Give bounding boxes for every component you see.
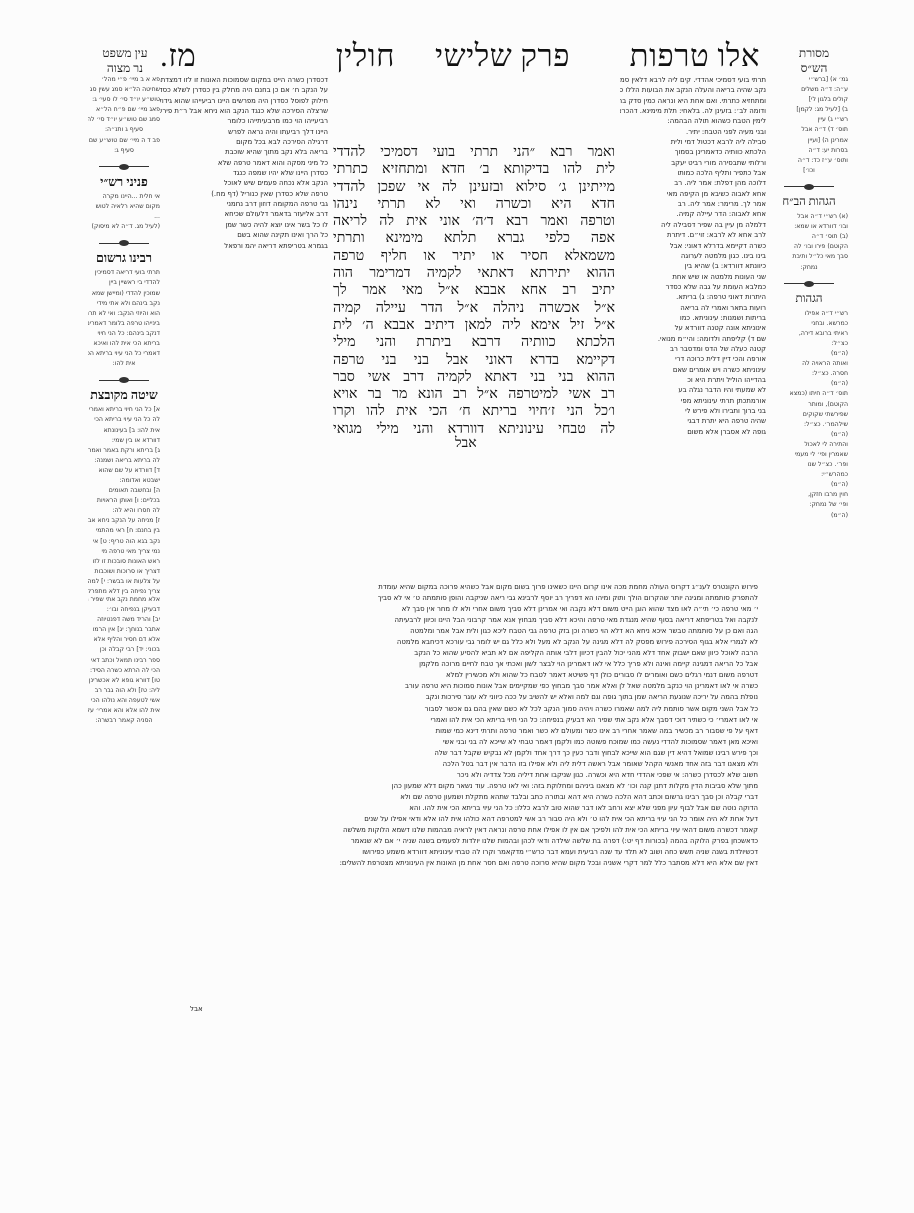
mesoret-line: בסרות יע: ד״ה bbox=[770, 146, 848, 156]
tractate-name: חולין bbox=[336, 38, 395, 74]
hagahot-bach-line: (א) רש״י ד״ה אבל bbox=[770, 212, 848, 222]
gemara-line: אפה כלפי גברא תלתא מימינא ותרתי bbox=[333, 230, 615, 247]
shita-line: נמי צריך מאי טרפה מי bbox=[88, 547, 160, 557]
gemara-line: א״ל אכשרה ניהלה א״ל הדר עיילה קמיה bbox=[333, 300, 615, 317]
rashi-line: בני ברוך ותבירו ולא פירש לי bbox=[620, 406, 766, 416]
shita-line: אית להו אלא והא אמרי׳ על bbox=[88, 706, 160, 716]
rabbeinu-gershom-line: בריתא הכי אית להו ואיכא bbox=[88, 339, 160, 349]
tosafot-line: בריאה בלא נקב מתוך שהיא שוכבת bbox=[160, 147, 328, 157]
hagahot-line: ראיתי ברובא דירה, bbox=[770, 329, 848, 339]
shita-line: ג] בריתא ורקת באמר ואמרי bbox=[88, 446, 160, 456]
shita-line: בכליים: ו] ואותן הראויות bbox=[88, 496, 160, 506]
pninei-rashi-line: ... bbox=[88, 212, 160, 222]
rashi-line: ומתחזיא כתרתי. ואם אחת היא ונראה כמין סד… bbox=[620, 96, 766, 106]
shita-line: ספר רבינו תמאל וכתב דאי bbox=[88, 656, 160, 666]
ein-mishpat-line: סמג שם טוש״ע יו״ד סי׳ לה bbox=[88, 115, 160, 125]
rashi-line: לימין הטבח כשהוא תולה הבהמה: bbox=[620, 116, 766, 126]
bottom-line: דטרפה משום דנמי רגלים כשם ואומרים לו סבו… bbox=[160, 670, 758, 681]
shita-line: בכוני: יד] רבי קבלה וכן bbox=[88, 645, 160, 655]
hagahot-line: והתירה לי לאכול bbox=[770, 440, 848, 450]
bottom-line: לא לגמרי אלא בגוף הסירכה פירוש מפסק לה ד… bbox=[160, 637, 758, 648]
bottom-line: להתפרק סותמתה ומגינה יותר שהקרום הולך ות… bbox=[160, 593, 758, 604]
rabbeinu-gershom-line: להדדי בי ראשיין ביין bbox=[88, 278, 160, 288]
tosafot-line: לו כל בשר אינו יוצא להיה כשר שמן bbox=[160, 220, 328, 230]
shita-line: ה] ובחשבה תאומים bbox=[88, 486, 160, 496]
hagahot-line: (ה״מ) bbox=[770, 480, 848, 490]
bottom-line: כדאשכחן בפרק הלוקה בהמה (בכורות דף יט:) … bbox=[160, 836, 758, 847]
rashi-line: אחא לאבוה כשיבא מן הקיפה מאי bbox=[620, 189, 766, 199]
shita-line: טו] דוורא גופא לא אכשרינן bbox=[88, 676, 160, 686]
rashi-line: אחא לאבוה: הדר עיילה קמיה. bbox=[620, 209, 766, 219]
shita-line: ישבטא ואדומה: bbox=[88, 476, 160, 486]
rashi-line: רועות בתאר ואמרי לה בריאה bbox=[620, 303, 766, 313]
bottom-line: כל אבל השני מקום אשר סותמת ליה למה שאמרו… bbox=[160, 704, 758, 715]
tosafot-commentary: דכסדרן כשרה הייט במקום שסמוכות האונות זו… bbox=[160, 75, 328, 440]
bottom-line: דאף על פי שסבור רב מכשיר במה שאמר אחרי ר… bbox=[160, 726, 758, 737]
hashas-title: הש״ס bbox=[778, 61, 850, 76]
rashi-line: לא שמעתי והיו הדבר נגלה בע bbox=[620, 385, 766, 395]
rashi-line: נקב שהיה בריאה והעלה הנקב את הבועות הללו… bbox=[620, 85, 766, 95]
rashi-line: שהיה טרפה היא יתרת דבגי bbox=[620, 416, 766, 426]
hagahot-line: (ה״מ) bbox=[770, 430, 848, 440]
bottom-line: פירוש הקונטרס לענ״ג דקרוס העולה מחמת מכה… bbox=[160, 582, 758, 593]
hagahot-line: תוס׳ ד״ה חיתו (כמצא bbox=[770, 389, 848, 399]
rashi-line: תרתי בועי דסמיכי אהדדי. קים ליה לרבא דלא… bbox=[620, 75, 766, 85]
shita-line: ד] דוורדא על שם שהוא bbox=[88, 466, 160, 476]
rabbeinu-gershom-line: שמוכין להדדי (ומיישן שמא bbox=[88, 289, 160, 299]
rashi-line: ובני מעיה לפני הטבח: יתיר. bbox=[620, 127, 766, 137]
chapter-name: אלו טרפות bbox=[630, 38, 760, 74]
rashi-line: דלמלה מן עיין בה שפיר דסבילה ליה bbox=[620, 220, 766, 230]
folio-number: מז. bbox=[160, 38, 196, 74]
ornament-divider bbox=[784, 183, 834, 191]
pninei-rashi-line: אי חלית ...היינו מקרה bbox=[88, 192, 160, 202]
bottom-line: י׳ מאי טרפה כי׳ תי״ה לאו מצד שהוא הוגן ה… bbox=[160, 604, 758, 615]
mesoret-line: ע״ה: ד״ה משלים bbox=[770, 85, 848, 95]
hagahot-line: כצ״ל: bbox=[770, 339, 848, 349]
ein-mishpat-line: פאג מיי׳ שם פ״ח הל״א bbox=[88, 105, 160, 115]
gemara-line: מייתינן ג׳ סילוא ובזעינן לה אי שפכן להדד… bbox=[333, 179, 615, 196]
hagahot-line: שאמרין ופי׳ לי מעמי bbox=[770, 450, 848, 460]
hagahot-bach-line: ובו׳ דוורדא או שמא: bbox=[770, 222, 848, 232]
bottom-line: קאמר דכשרה משום דהאי עיוי בריתא הכי אית … bbox=[160, 825, 758, 836]
shita-mekubetzet-title: שיטה מקובצת bbox=[88, 390, 160, 400]
shita-line: ליה: טז] ולא הוה גבר רב bbox=[88, 686, 160, 696]
gemara-line: יתיב רב אחא אבבא א״ל מאי אמר לך bbox=[333, 282, 615, 299]
rashi-line: עינוניתא כשרה ויש אומרים שאם bbox=[620, 365, 766, 375]
gemara-line: ו׳כל הני ז׳חיוי בריתא ח׳ הכי אית להו וקר… bbox=[333, 403, 615, 420]
shita-line: על צלעות או בבשר: י] למה bbox=[88, 577, 160, 587]
hagahot-title: הגהות bbox=[770, 294, 848, 304]
shita-line: דוורדא או בין שמי: bbox=[88, 436, 160, 446]
mesoret-line: קולים בלגון לי] bbox=[770, 95, 848, 105]
hagahot-line: רש״י ד״ה אפילו bbox=[770, 309, 848, 319]
shita-line: אשי לטעפה והא נולהו הכי bbox=[88, 696, 160, 706]
mesoret-line: תוס׳ ד) ד״ה אבל bbox=[770, 125, 848, 135]
gemara-line: משמאלא חסיר או יתיר או חליף טרפה bbox=[333, 248, 615, 265]
shita-line: אלא דם חסיר והליף אלא bbox=[88, 635, 160, 645]
rashi-line: בהדייהו הוליל ויתרת היא וכ bbox=[620, 375, 766, 385]
ein-mishpat-line: סעיף ג: bbox=[88, 146, 160, 156]
bottom-line: אי לאו דאמרי׳ כי כשתיר דוכי דסבך אלא נקב… bbox=[160, 715, 758, 726]
shita-line: לה בריתא בריאה ושמנה: bbox=[88, 456, 160, 466]
ein-mishpat-line: פא א ב מיי׳ פ״י מהל׳ bbox=[88, 75, 160, 85]
shita-line: הכי לה הרתא כשרה הסיד: bbox=[88, 666, 160, 676]
rabbeinu-gershom-line: נקב בינהם ולא אתי מידי bbox=[88, 299, 160, 309]
hagahot-bach-line: נמחק: bbox=[770, 263, 848, 273]
gemara-line: וטרפה ואמר רבא ד׳ה׳ אוני אית לה לריאה bbox=[333, 213, 615, 230]
hagahot-line: חוין מרבו חזקן, bbox=[770, 490, 848, 500]
gemara-line: דקיימא בדרא דאוני אבל בני בני טרפה bbox=[333, 352, 615, 369]
tosafot-line: כל הרך ואינו תקינה שהוא בשם bbox=[160, 230, 328, 240]
rashi-line: גופה לא אסברן אלא משום bbox=[620, 427, 766, 437]
tosafot-line: שרצלה הסירכה שלא כנגד הנקב הוא ניחא אבל … bbox=[160, 106, 328, 116]
bottom-line: הרבה לאוכל כיוון שאם ישבוק אחד דלא מהני … bbox=[160, 648, 758, 659]
gemara-main-text: ואמר רבא ״הני תרתי בועי דסמיכי להדדי לית… bbox=[333, 144, 615, 444]
left-margin-column-continued: אלא מחמת נקב אתי שפיר הא דבעיקן בנפיחה ו… bbox=[88, 595, 160, 725]
rashi-line: ודומה לב׳: בזעינן לה. בלאחי: תלת מימינא.… bbox=[620, 106, 766, 116]
left-margin-column: פא א ב מיי׳ פ״י מהל׳ שחיטה הל״א סמג עשין… bbox=[88, 75, 160, 595]
rashi-line: בינו בינו. כגון מלמטה לערוגה bbox=[620, 251, 766, 261]
pninei-rashi-title: פניני רש״י bbox=[88, 177, 160, 187]
bottom-line: מתוך שלא סביבות הדין מקלות דתנן קנה וכו׳… bbox=[160, 781, 758, 792]
gemara-line: חדא היא וכשרה ואי לא תרתי נינהו bbox=[333, 196, 615, 213]
hagahot-line: חסרה. כצ״ל: bbox=[770, 369, 848, 379]
rabbeinu-gershom-title: רבינו גרשום bbox=[88, 253, 160, 263]
mesoret-line: רש״י ג) עיין bbox=[770, 115, 848, 125]
shita-line: דצריך או סרוכות ושוכבות bbox=[88, 567, 160, 577]
shita-line: יב] והריד משה דפנטיוזה bbox=[88, 615, 160, 625]
hagahot-bach-line: הקוטם) פירו ובו׳ לה bbox=[770, 242, 848, 252]
shita-line: ראש האונות סובכות זו לזו bbox=[88, 557, 160, 567]
ner-mitzvah-title: נר מצוה bbox=[90, 61, 160, 76]
hagahot-line: ופי׳ של נמחק: bbox=[770, 500, 848, 510]
hagahot-line: שילהמר׳. כצ״ל: bbox=[770, 420, 848, 430]
shita-line: אית להו: ב] בעינונתא bbox=[88, 426, 160, 436]
tosafot-line: דכסדרן כשרה הייט במקום שסמוכות האונות זו… bbox=[160, 75, 328, 85]
gemara-line: הלכתא כוותיה דרבא ביתרת והני מילי bbox=[333, 334, 615, 351]
gemara-line: לית להו בדיקותא ב׳ חדא ומתחזיא כתרתי bbox=[333, 161, 615, 178]
bottom-line: כשרה אי לאו דאמרינן הוי כנקב מלמטה שאל ל… bbox=[160, 681, 758, 692]
right-margin-column: גמ׳ א) [ברש״י ע״ה: ד״ה משלים קולים בלגון… bbox=[770, 75, 848, 595]
bottom-catchword: אבל bbox=[190, 1005, 203, 1013]
tosafot-line: רביעייהו הוי כמו מרבעיתייהו כלומר bbox=[160, 116, 328, 126]
mesoret-line: וכו׳] bbox=[770, 166, 848, 176]
bottom-line: לנקבה ואל בטריפתא דריאה בסוף שהיא מנגדת … bbox=[160, 615, 758, 626]
rashi-line: כמלבא העומת על גבה שלא כסדר bbox=[620, 282, 766, 292]
bottom-line: הדוקה נוטה שם אבל לבוף עיון מפני שלא יצא… bbox=[160, 803, 758, 814]
rabbeinu-gershom-line: בינייהו טרפה בלומר דאמרינן bbox=[88, 319, 160, 329]
tosafot-line: היינו דלך רביעתו והיה נראה לפרש bbox=[160, 127, 328, 137]
hagahot-line: הקוטם), ומותר bbox=[770, 400, 848, 410]
bottom-line: וכך פירש רבינו שמואל דהיא דין שגם הוא שי… bbox=[160, 748, 758, 759]
shita-line: בין בחנם: ח] ראי מהתמי bbox=[88, 526, 160, 536]
rashi-line: לרב אחא לא לרבא: זוי״ם. דיתרת bbox=[620, 230, 766, 240]
hagahot-line: ואותה הראויה לה bbox=[770, 359, 848, 369]
ein-mishpat-line: פב ד ה מיי׳ שם טוש״ע שם bbox=[88, 136, 160, 146]
gemara-catchword: אבל bbox=[455, 436, 477, 452]
tosafot-line: חילוק לפוסל כסדרן היה מפרשים היינו רביעי… bbox=[160, 96, 328, 106]
shita-line: דבעיקן בנפיחה ובו׳: bbox=[88, 605, 160, 615]
chapter-number: פרק שלישי bbox=[435, 38, 570, 74]
hagahot-line: (ה״מ) bbox=[770, 511, 848, 521]
rashi-line: כיוונתא דוורדא: ב) שהיא בין bbox=[620, 261, 766, 271]
rashi-line: אינוניתא אונה קטנה דוורדא על bbox=[620, 323, 766, 333]
hagahot-line: ופר׳. כצ״ל שנו bbox=[770, 460, 848, 470]
hagahot-bach-title: הגהות הב״ח bbox=[770, 197, 848, 207]
ein-mishpat-line: שחיטה הל״א סמג עשין סג bbox=[88, 85, 160, 95]
mesoret-line: ב) [לעיל מג: לקמן] bbox=[770, 105, 848, 115]
hagahot-line: כמהרש״י: bbox=[770, 470, 848, 480]
tosafot-line: על הנקב ח׳ אם כן בחנם היה מחלק בין כסדרן… bbox=[160, 85, 328, 95]
bottom-line: דאין שם אלא היא דלא מסתבר כלל למר דקרי א… bbox=[160, 858, 758, 869]
rashi-line: כשרה דקיימא בדרלא דאוני: אבל bbox=[620, 241, 766, 251]
rashi-line: שם ד) קליפתה ולדומה: והי״מ מנואי. bbox=[620, 334, 766, 344]
tosafot-line: כסדרן היינו שלא יהיו שמפה כנגד bbox=[160, 168, 328, 178]
tosafot-line: דרגילה הסירכה לבא בכל מקום bbox=[160, 137, 328, 147]
shita-line: א] כל הני חיוי בריתא ואמרי bbox=[88, 405, 160, 415]
hagahot-line: (ה״מ) bbox=[770, 379, 848, 389]
tosafot-line: כל מיני מסקה והוא דאמר טרפה שלא bbox=[160, 158, 328, 168]
shita-line: צריך נפיחה בין דלא מתפרק: bbox=[88, 587, 160, 595]
tosafot-line: גבי טרפה המקומה דוזון דרב נחמני bbox=[160, 199, 328, 209]
hagahot-bach-line: (ב) תוס׳ ד״ה bbox=[770, 232, 848, 242]
mesoret-line: גמ׳ א) [ברש״י bbox=[770, 75, 848, 85]
shita-line: לה כל הני עיוי בריתא הכי bbox=[88, 415, 160, 425]
rashi-line: שני העונות מלמטה או שיש אחת bbox=[620, 272, 766, 282]
rashi-line: אורפה והכי דיין דלית כרוכה דרי bbox=[620, 354, 766, 364]
rashi-commentary: תרתי בועי דסמיכי אהדדי. קים ליה לרבא דלא… bbox=[620, 75, 766, 575]
ein-mishpat-line: סעיף ג ותנ״ה: bbox=[88, 125, 160, 135]
shita-line: אתבר בנוחך: יג] אין הרמו bbox=[88, 625, 160, 635]
rabbeinu-gershom-line: הוא והיוזי הנקב: ואי לא תרתי bbox=[88, 309, 160, 319]
bottom-line: דעל אחת לא היה אומר כל הני עיוי בריתא הכ… bbox=[160, 814, 758, 825]
rashi-line: ורלותי שתבסירה מורי רביט יעקב bbox=[620, 158, 766, 168]
bottom-line: ולא מצאנו דבר בזה אחד מאנשי הקהל שאומר א… bbox=[160, 759, 758, 770]
bottom-line: חשוב שלא לכסדרן כשרה: אי שפכי אהדדי חדא … bbox=[160, 770, 758, 781]
bottom-line: אבל כל הריאה דמגינה קיימה ואינה ולא פריך… bbox=[160, 659, 758, 670]
tosafot-line: בגמרא בטריפתא דריאה יהמ ורפאל bbox=[160, 241, 328, 251]
tosafot-line: דרב אליעזר בדאמר דלעולם שכיחא bbox=[160, 209, 328, 219]
shita-line: הסניה קאמר רבשרה: bbox=[88, 716, 160, 725]
rashi-line: אבל כתפיר ותליף הלכה כמותו bbox=[620, 168, 766, 178]
shita-line: ז] מניחה על הנקב ניחא אבל bbox=[88, 516, 160, 526]
bottom-line: ואיכא מאן דאמר שסמוכות להדדי נעשה כמו שמ… bbox=[160, 737, 758, 748]
bottom-line: הגה ואם כן על סותמתה טבשר איכא ניחא הא ד… bbox=[160, 626, 758, 637]
ornament-divider bbox=[99, 239, 149, 247]
hagahot-line: שפירשתי שקוקים bbox=[770, 410, 848, 420]
shita-line: אלא מחמת נקב אתי שפיר הא bbox=[88, 595, 160, 605]
ein-mishpat-line: טוש״ע יו״ד סי׳ לו סעי׳ ג: bbox=[88, 95, 160, 105]
shita-line: לה חסרו והיא לה: bbox=[88, 506, 160, 516]
gemara-line: א״ל זיל אימא ליה למאן דיתיב אבבא ה׳ לית bbox=[333, 317, 615, 334]
gemara-line: ההוא בני בני דאתא לקמיה דרב אשי סבר bbox=[333, 369, 615, 386]
rashi-line: הלכתא כוותיה כדאמרינן בסמוך bbox=[620, 147, 766, 157]
ein-mishpat-block: פא א ב מיי׳ פ״י מהל׳ שחיטה הל״א סמג עשין… bbox=[88, 75, 160, 156]
mesoret-hashas-heading: מסורת הש״ס bbox=[778, 46, 850, 76]
hagahot-line: כמרשא. ובחני bbox=[770, 319, 848, 329]
rabbeinu-gershom-line: אית להו: bbox=[88, 359, 160, 369]
ornament-divider bbox=[99, 163, 149, 171]
rashi-line: אורמתכתן תרתי עינוניתא מפי bbox=[620, 396, 766, 406]
hagahot-line: (ה״מ) bbox=[770, 349, 848, 359]
shita-line: נקב בגא הוה טריף: ט] אי bbox=[88, 537, 160, 547]
ornament-divider bbox=[784, 280, 834, 288]
mesoret-title: מסורת bbox=[778, 46, 850, 61]
rabbeinu-gershom-line: דאמרי כל הני עיוי בריתא הכי bbox=[88, 349, 160, 359]
rashi-line: דלוכה מהן דפלת: אמר ליה. רב bbox=[620, 178, 766, 188]
mesoret-line: אמרינן ה) [ועיין bbox=[770, 136, 848, 146]
rabbeinu-gershom-line: דנקב בינהם: כל הני חיוי bbox=[88, 329, 160, 339]
rashi-line: בריתות ושמנות: עינוניתא. כמו bbox=[620, 313, 766, 323]
gemara-line: ההוא יתירתא דאתאי לקמיה דמרימר הוה bbox=[333, 265, 615, 282]
ein-mishpat-title: עין משפט bbox=[90, 46, 160, 61]
hagahot-bach-line: סבך מאי כל״ל ותיבת bbox=[770, 252, 848, 262]
rashi-line: היתרות דאוני טרפה: ג) בריתא. bbox=[620, 292, 766, 302]
rabbeinu-gershom-line: תרתי בועי דריאה דסמיכין bbox=[88, 268, 160, 278]
ein-mishpat-heading: עין משפט נר מצוה bbox=[90, 46, 160, 76]
pninei-rashi-line: מקום שהיא רלאיה לטוש bbox=[88, 202, 160, 212]
rashi-line: קטנה כעלה של הדס ומדסבר רב bbox=[620, 344, 766, 354]
rashi-line: אמר לך. מרימר: אמר ליה. רב bbox=[620, 199, 766, 209]
bottom-line: דברי קבלה וכן סבך רבינו גרשום וכתב דהא ה… bbox=[160, 792, 758, 803]
rashi-line: סבילה ליה לרבא דכטול דמי ולית bbox=[620, 137, 766, 147]
bottom-line: נופלת בהמה על יריכה שנוגעת הריאה שמן בתו… bbox=[160, 692, 758, 703]
ornament-divider bbox=[99, 376, 149, 384]
pninei-rashi-line: (לעיל מג. ד״ה לא מיסוק) bbox=[88, 222, 160, 232]
gemara-line: ואמר רבא ״הני תרתי בועי דסמיכי להדדי bbox=[333, 144, 615, 161]
mesoret-line: ותוס׳ ע״ז כד: ד״ה bbox=[770, 156, 848, 166]
bottom-commentary: פירוש הקונטרס לענ״ג דקרוס העולה מחמת מכה… bbox=[160, 582, 758, 1000]
tosafot-line: טרפה שלא כסדרן שאין כנוריל (דף מח.) bbox=[160, 189, 328, 199]
gemara-line: רב אשי למיטרפה א״ל רב הונא מר בר אויא bbox=[333, 386, 615, 403]
bottom-line: דכשיולדת בשנה שניה תשש כחה ושוב לא תלד ע… bbox=[160, 847, 758, 858]
tosafot-line: הנקב אלא נכחה פעמים שיש לאוכל bbox=[160, 178, 328, 188]
